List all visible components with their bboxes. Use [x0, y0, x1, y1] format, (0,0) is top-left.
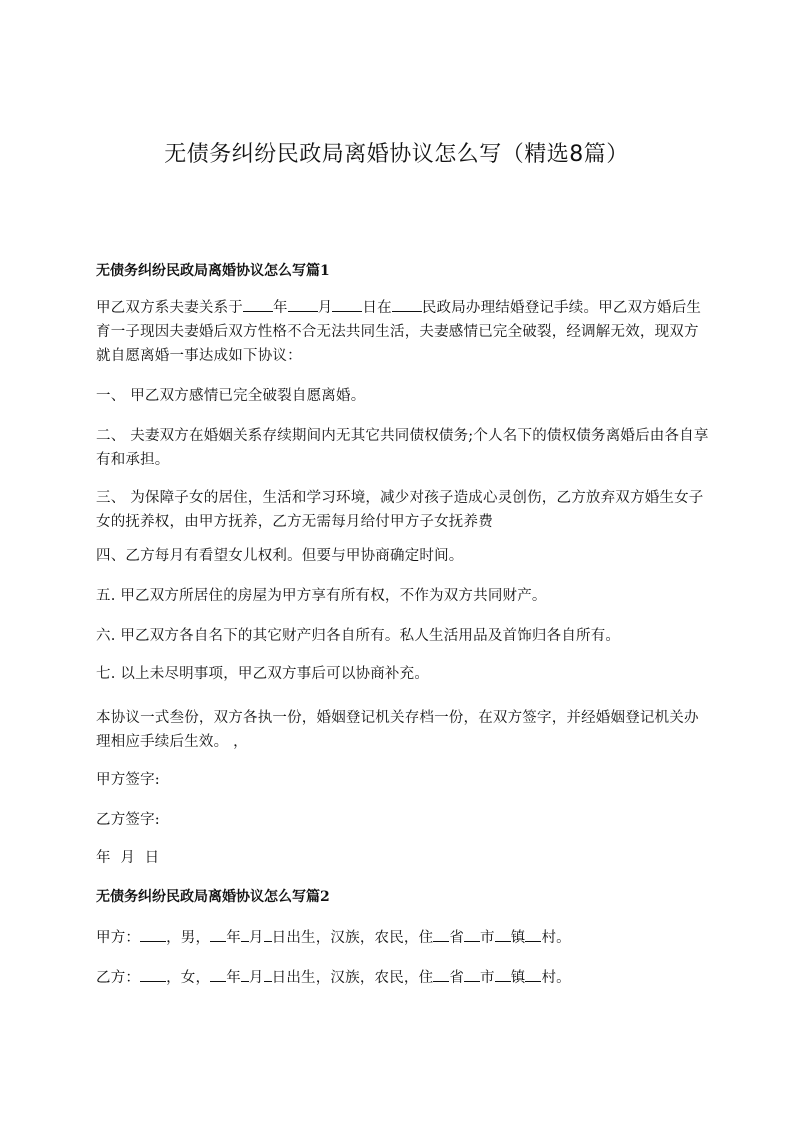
- signature-date: 年 月 日: [96, 846, 711, 870]
- clause-3: 三、 为保障子女的居住，生活和学习环境，减少对孩子造成心灵创伤，乙方放弃双方婚生…: [96, 486, 711, 534]
- blank-year: [210, 967, 226, 982]
- province-label: 省: [449, 930, 464, 946]
- year-label: 年: [226, 930, 241, 946]
- blank-bureau: [392, 297, 422, 312]
- birth-info: 日出生，汉族，农民，住: [272, 970, 434, 986]
- section-heading-1: 无债务纠纷民政局离婚协议怎么写篇1: [96, 260, 330, 280]
- party-a-gender: ，男，: [166, 930, 210, 946]
- party-a-info: 甲方：，男，年月日出生，汉族，农民，住省市镇村。: [96, 926, 711, 950]
- party-b-signature: 乙方签字:: [96, 808, 711, 832]
- blank-town: [495, 927, 511, 942]
- blank-year: [243, 297, 273, 312]
- blank-month: [241, 967, 249, 982]
- clause-1: 一、 甲乙双方感情已完全破裂自愿离婚。: [96, 384, 711, 408]
- blank-day: [264, 927, 272, 942]
- month-label: 月: [249, 930, 264, 946]
- effectiveness-paragraph: 本协议一式叁份，双方各执一份，婚姻登记机关存档一份，在双方签字，并经婚姻登记机关…: [96, 706, 711, 754]
- blank-month: [288, 297, 318, 312]
- blank-province: [433, 927, 449, 942]
- clause-4: 四、乙方每月有看望女儿权利。但要与甲协商确定时间。: [96, 544, 711, 568]
- party-a-label: 甲方：: [96, 930, 140, 946]
- party-b-info: 乙方：，女，年月日出生，汉族，农民，住省市镇村。: [96, 966, 711, 990]
- blank-year: [210, 927, 226, 942]
- document-title: 无债务纠纷民政局离婚协议怎么写（精选8篇）: [0, 137, 793, 168]
- year-label: 年: [226, 970, 241, 986]
- clause-2: 二、 夫妻双方在婚姻关系存续期间内无其它共同债权债务;个人名下的债权债务离婚后由…: [96, 424, 711, 472]
- blank-day: [264, 967, 272, 982]
- intro-year: 年: [273, 300, 288, 316]
- clause-5: 五. 甲乙双方所居住的房屋为甲方享有所有权，不作为双方共同财产。: [96, 584, 711, 608]
- blank-name: [140, 967, 166, 982]
- month-label: 月: [249, 970, 264, 986]
- blank-city: [464, 927, 480, 942]
- city-label: 市: [480, 930, 495, 946]
- blank-village: [525, 967, 541, 982]
- birth-info: 日出生，汉族，农民，住: [272, 930, 434, 946]
- blank-province: [433, 967, 449, 982]
- intro-paragraph: 甲乙双方系夫妻关系于年月日在民政局办理结婚登记手续。甲乙双方婚后生育一子现因夫妻…: [96, 296, 711, 368]
- intro-text: 甲乙双方系夫妻关系于: [96, 300, 243, 316]
- blank-village: [525, 927, 541, 942]
- clause-6: 六. 甲乙双方各自名下的其它财产归各自所有。私人生活用品及首饰归各自所有。: [96, 624, 711, 648]
- clause-7: 七. 以上未尽明事项，甲乙双方事后可以协商补充。: [96, 662, 711, 686]
- intro-month: 月: [318, 300, 333, 316]
- village-label: 村。: [541, 970, 570, 986]
- document-page: 无债务纠纷民政局离婚协议怎么写（精选8篇） 无债务纠纷民政局离婚协议怎么写篇1 …: [0, 0, 793, 1122]
- province-label: 省: [449, 970, 464, 986]
- blank-town: [495, 967, 511, 982]
- blank-month: [241, 927, 249, 942]
- town-label: 镇: [511, 970, 526, 986]
- town-label: 镇: [511, 930, 526, 946]
- party-b-gender: ，女，: [166, 970, 210, 986]
- party-a-signature: 甲方签字:: [96, 768, 711, 792]
- section-heading-2: 无债务纠纷民政局离婚协议怎么写篇2: [96, 886, 330, 906]
- village-label: 村。: [541, 930, 570, 946]
- intro-day: 日在: [362, 300, 391, 316]
- city-label: 市: [480, 970, 495, 986]
- party-b-label: 乙方：: [96, 970, 140, 986]
- blank-day: [332, 297, 362, 312]
- blank-city: [464, 967, 480, 982]
- blank-name: [140, 927, 166, 942]
